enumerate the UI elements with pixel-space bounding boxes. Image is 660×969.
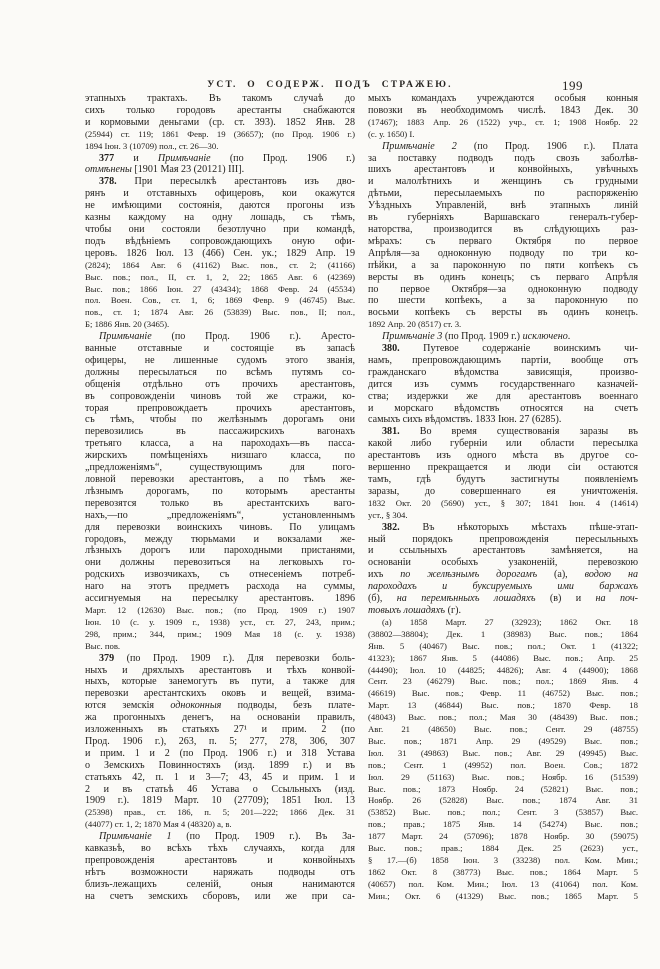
paragraph: Примѣчаніе (по Прод. 1906 г.). Аресто-ва… [85, 331, 355, 652]
book-page: УСТ. О СОДЕРЖ. ПОДЪ СТРАЖЕЮ. 199 этапных… [0, 0, 660, 969]
text-line: и кормовыми деньгами (ср. ст. 393). 1852… [85, 117, 355, 129]
text-line: 378. При пересылкѣ арестантовъ изъ дво- [85, 176, 355, 188]
paragraph: Примѣчаніе 3 (по Прод. 1909 г.) исключен… [368, 331, 638, 343]
text-line: товыхъ лошадяхъ (г). [368, 605, 638, 617]
text-line: лѣзнымъ дорогамъ, по которымъ арестанты [85, 486, 355, 498]
text-line: и ссыльныхъ арестантовъ замѣняется, на [368, 545, 638, 557]
text-line: ются земскія одноконныя подводы, безъ пл… [85, 700, 355, 712]
paragraph: Примѣчаніе 1 (по Прод. 1909 г.). Въ За-к… [85, 831, 355, 902]
text-line: 380. Путевое содержаніе воинскимъ чи- [368, 343, 638, 355]
text-line: подъ вѣдѣніемъ сопровождающихъ оную офи- [85, 236, 355, 248]
text-line: уст., § 304. [368, 510, 638, 522]
text-line: статьяхъ 42, п. 1 и 3—7; 43, 45 и прим. … [85, 772, 355, 784]
text-line: пѣйки, а за пароконную по пяти копѣекъ с… [368, 260, 638, 272]
text-line: Примѣчаніе (по Прод. 1906 г.). Аресто- [85, 331, 355, 343]
text-line: общенія отдѣльно отъ прочихъ арестантовъ… [85, 379, 355, 391]
paragraph: 377 и Примѣчаніе (по Прод. 1906 г.)отмѣн… [85, 153, 355, 177]
text-line: 379 (по Прод. 1909 г.). Для перевозки бо… [85, 653, 355, 665]
text-line: нахъ,—по „предложеніямъ“, установленнымъ [85, 510, 355, 522]
text-line: (б), на перемѣнныхъ лошадяхъ (в) и на по… [368, 593, 638, 605]
text-line: Сент. 23 (46279) Выс. пов.; пол.; 1869 Я… [368, 676, 638, 688]
text-line: Выс. пов.; 1866 Іюн. 27 (43434); 1868 Фе… [85, 284, 355, 296]
text-line: (25944) ст. 119; 1861 Февр. 19 (36657); … [85, 129, 355, 141]
text-line: чтобы они состояли безотлучно при команд… [85, 224, 355, 236]
text-block: этапныхъ трактахъ. Въ такомъ случаѣ доси… [85, 93, 638, 903]
text-line: пол. Воен. Сов., ст. 1, 6; 1869 Февр. 9 … [85, 295, 355, 307]
running-head-title: УСТ. О СОДЕРЖ. ПОДЪ СТРАЖЕЮ. [85, 80, 575, 90]
text-line: заразы, до совершеннаго ея уничтоженія. [368, 486, 638, 498]
paragraph: 380. Путевое содержаніе воинскимъ чи-нам… [368, 343, 638, 426]
text-line: ный порядокъ препровожденія пересыльныхъ [368, 534, 638, 546]
text-line: Янв. 5 (40467) Выс. пов.; пол.; Окт. 1 (… [368, 641, 638, 653]
text-line: на счетъ земскихъ сборовъ, или же при са… [85, 891, 355, 903]
text-line: версты въ одинъ конецъ; съ перваго Апрѣл… [368, 272, 638, 284]
text-line: Авг. 21 (48650) Выс. пов.; Сент. 29 (487… [368, 724, 638, 736]
text-line: (17467); 1883 Апр. 26 (1522) учр., ст. 1… [368, 117, 638, 129]
text-line: гражданскаго вѣдомства зависящія, произв… [368, 367, 638, 379]
text-line: Март. 13 (46844) Выс. пов.; 1870 Февр. 1… [368, 700, 638, 712]
text-line: для перевозки воинскихъ чиновъ. По улица… [85, 522, 355, 534]
text-line: препровожденія арестантовъ и конвойныхъ [85, 855, 355, 867]
text-line: 1862 Окт. 8 (38773) Выс. пов.; 1864 Март… [368, 867, 638, 879]
text-line: (53852) Выс. пов.; пол.; Сент. 3 (53857)… [368, 807, 638, 819]
text-line: Выс. пов.; прав.; 1884 Дек. 25 (2623) ус… [368, 843, 638, 855]
text-line: этапныхъ трактахъ. Въ такомъ случаѣ до [85, 93, 355, 105]
text-line: пов.; прав.; 1875 Янв. 14 (54274) Выс. п… [368, 819, 638, 831]
text-line: о Земскихъ Повинностяхъ (изд. 1899 г.) и… [85, 760, 355, 772]
text-line: съ тѣмъ, чтобы по желѣзнымъ дорогамъ они [85, 414, 355, 426]
text-line: Апрѣля—за одноконную подводу по три ко- [368, 248, 638, 260]
text-line: и малолѣтнихъ и женщинъ съ грудными [368, 176, 638, 188]
text-line: перевозятся только въ арестантскихъ ваго… [85, 498, 355, 510]
text-line: (48043) Выс. пов.; пол.; Мая 30 (48439) … [368, 712, 638, 724]
text-line: офицеры, не лишенные судомъ этого званія… [85, 355, 355, 367]
text-line: „предложеніямъ“, существующимъ для пого- [85, 462, 355, 474]
text-line: перевозились въ пассажирскихъ вагонахъ [85, 426, 355, 438]
text-line: дится изъ суммъ государственнаго казначе… [368, 379, 638, 391]
text-line: 1832 Окт. 20 (5690) уст., § 307; 1841 Ію… [368, 498, 638, 510]
text-line: ловной перевозки арестантовъ, а по тѣмъ … [85, 474, 355, 486]
text-line: нѣтъ возможности наряжать подводы отъ [85, 867, 355, 879]
paragraph: (а) 1858 Март. 27 (32923); 1862 Окт. 18(… [368, 617, 638, 903]
text-line: Мин.; Окт. 6 (41329) Выс. пов.; 1865 Мар… [368, 891, 638, 903]
text-line: намъ, препровождающимъ партіи, вообще от… [368, 355, 638, 367]
text-line: 1909 г.). 1819 Март. 10 (27709); 1851 Ію… [85, 795, 355, 807]
text-line: 377 и Примѣчаніе (по Прод. 1906 г.) [85, 153, 355, 165]
text-line: жа прогонныхъ денегъ, на основаніи прави… [85, 712, 355, 724]
text-line: (40657) пол. Ком. Мин.; Іюл. 13 (41064) … [368, 879, 638, 891]
text-line: Прод. 1906 г.), 263, п. 5; 277, 278, 306… [85, 736, 355, 748]
paragraph: этапныхъ трактахъ. Въ такомъ случаѣ доси… [85, 93, 355, 153]
text-line: повозки въ необходимомъ числѣ. 1843 Дек.… [368, 105, 638, 117]
text-line: Примѣчаніе 2 (по Прод. 1906 г.). Плата [368, 141, 638, 153]
text-line: 381. Во время существованія заразы въ [368, 426, 638, 438]
text-line: (с. у. 1650) I. [368, 129, 638, 141]
text-line: Выс. пов. [85, 641, 355, 653]
text-line: должны пересылаться по всѣмъ путямъ со- [85, 367, 355, 379]
text-line: Іюн. 10 (с. у. 1909 г., 1938) уст., ст. … [85, 617, 355, 629]
page-number: 199 [562, 78, 583, 94]
text-line: городовъ, между тюрьмами и вокзалами же- [85, 534, 355, 546]
text-line: ванные отставные и состоящіе въ запасѣ [85, 343, 355, 355]
paragraph: 378. При пересылкѣ арестантовъ изъ дво-р… [85, 176, 355, 331]
text-line: наторства, производится въ слѣдующихъ ра… [368, 224, 638, 236]
text-line: дѣтьми, пересылаемыхъ по распоряженію [368, 188, 638, 200]
text-line: и прим. 1 и 2 (по Прод. 1906 г.) и 318 У… [85, 748, 355, 760]
text-line: рянъ и отставныхъ офицеровъ, кои окажутс… [85, 188, 355, 200]
text-line: Примѣчаніе 3 (по Прод. 1909 г.) исключен… [368, 331, 638, 343]
text-line: казны каждому на одну лошадь, съ тѣмъ, [85, 212, 355, 224]
text-line: мѣрахъ: съ перваго Октября по первое [368, 236, 638, 248]
text-line: (а) 1858 Март. 27 (32923); 1862 Окт. 18 [368, 617, 638, 629]
text-line: изложенныхъ въ статьяхъ 27¹ и прим. 2 (п… [85, 724, 355, 736]
text-line: третьяго класса, а на пароходахъ—въ пасс… [85, 438, 355, 450]
text-line: (46619) Выс. пов.; Февр. 11 (46752) Выс.… [368, 688, 638, 700]
text-line: по первое Октября—за одноконную подводу [368, 284, 638, 296]
text-line: родскихъ извозчикахъ, съ отнесеніемъ пот… [85, 569, 355, 581]
text-line: основаніи особыхъ узаконеній, перевозкою [368, 557, 638, 569]
text-line: ныхъ и дряхлыхъ арестантовъ и тѣхъ конво… [85, 665, 355, 677]
text-line: перевозки арестантскихъ оковъ и вещей, в… [85, 688, 355, 700]
text-line: 41323); 1867 Янв. 5 (44086) Выс. пов.; А… [368, 653, 638, 665]
text-line: кавказьѣ, во всѣхъ тѣхъ случаяхъ, когда … [85, 843, 355, 855]
text-line: Іюл. 31 (49863) Выс. пов.; Авг. 29 (4994… [368, 748, 638, 760]
text-line: Уѣздныхъ Управленій, внѣ этапныхъ линій [368, 200, 638, 212]
text-line: наго на этотъ предметъ расхода на суммы, [85, 581, 355, 593]
text-line: Примѣчаніе 1 (по Прод. 1909 г.). Въ За- [85, 831, 355, 843]
text-line: (44077) ст. 1, 2; 1870 Мая 4 (48320) а, … [85, 819, 355, 831]
text-line: (2824); 1864 Авг. 6 (41162) Выс. пов., с… [85, 260, 355, 272]
text-line: не имѣющими состоянія, даются прогоны из… [85, 200, 355, 212]
text-line: шихъ арестантовъ и конвойныхъ, увѣчныхъ [368, 164, 638, 176]
text-line: самыхъ сихъ вѣдомствъ. 1833 Іюн. 27 (628… [368, 414, 638, 426]
text-line: въ сопровожденіи чиновъ той же стражи, к… [85, 391, 355, 403]
text-line: пов., ст. 1; 1874 Авг. 26 (53839) Выс. п… [85, 307, 355, 319]
text-line: ства; издержки же для арестантовъ военна… [368, 391, 638, 403]
paragraph: 381. Во время существованія заразы въкак… [368, 426, 638, 521]
text-line: Б; 1886 Янв. 20 (3465). [85, 319, 355, 331]
text-line: ассигнуемыя на пересылку арестантовъ. 18… [85, 593, 355, 605]
column-left: этапныхъ трактахъ. Въ такомъ случаѣ доси… [85, 93, 355, 903]
text-line: по шести копѣекъ, а за пароконную по [368, 295, 638, 307]
text-line: и морскаго вѣдомствъ относятся на счетъ [368, 403, 638, 415]
text-line: Ноябр. 26 (52828) Выс. пов.; 1874 Авг. 3… [368, 795, 638, 807]
text-line: Март. 12 (12630) Выс. пов.; (по Прод. 19… [85, 605, 355, 617]
text-line: жирскихъ помѣщеніяхъ низшаго класса, по [85, 450, 355, 462]
text-line: (38802—38804); Дек. 1 (38983) Выс. пов.;… [368, 629, 638, 641]
paragraph: 379 (по Прод. 1909 г.). Для перевозки бо… [85, 653, 355, 832]
text-line: церовъ. 1826 Іюл. 13 (466) Сен. ук.; 182… [85, 248, 355, 260]
text-line: 2 и въ статьѣ 46 Устава о Ссыльныхъ (изд… [85, 784, 355, 796]
text-line: какой либо губерніи или области пересылк… [368, 438, 638, 450]
paragraph: Примѣчаніе 2 (по Прод. 1906 г.). Платаза… [368, 141, 638, 332]
text-line: арестантовъ изъ одного мѣста въ другое с… [368, 450, 638, 462]
text-line: за поставку подводъ подъ свозъ заболѣв- [368, 153, 638, 165]
text-line: торая препровождаетъ прочихъ арестантовъ… [85, 403, 355, 415]
text-line: 1877 Март. 24 (57096); 1878 Ноябр. 30 (5… [368, 831, 638, 843]
paragraph: мыхъ командахъ учреждаются особыя конныя… [368, 93, 638, 141]
text-line: 382. Въ нѣкоторыхъ мѣстахъ пѣше-этап- [368, 522, 638, 534]
text-line: (44490); Іюл. 10 (44825; 44826); Авг. 4 … [368, 665, 638, 677]
text-line: мыхъ командахъ учреждаются особыя конныя [368, 93, 638, 105]
text-line: Выс. пов.; 1873 Ноябр. 24 (52821) Выс. п… [368, 784, 638, 796]
text-line: восьми копѣекъ съ версты въ одинъ конецъ… [368, 307, 638, 319]
text-line: они должны перевозиться на легковыхъ го- [85, 557, 355, 569]
text-line: ныхъ, которые занемогутъ въ пути, а такж… [85, 676, 355, 688]
text-line: § 17.—(б) 1858 Іюн. 3 (33238) пол. Ком. … [368, 855, 638, 867]
text-line: лѣзныхъ дорогъ или пароходными пристаням… [85, 545, 355, 557]
text-line: 1894 Іюн. 3 (10709) пол., ст. 26—30. [85, 141, 355, 153]
text-line: Іюл. 29 (51163) Выс. пов.; Ноябр. 16 (51… [368, 772, 638, 784]
text-line: Выс. пов.; 1871 Апр. 29 (49529) Выс. пов… [368, 736, 638, 748]
text-line: вершенно прекращается и люди сіи остаютс… [368, 462, 638, 474]
text-line: отмѣнены [1901 Мая 23 (20121) III]. [85, 164, 355, 176]
text-line: тамъ, гдѣ будутъ застигнуты появленіемъ [368, 474, 638, 486]
text-line: ихъ по желѣзнымъ дорогамъ (а), водою на [368, 569, 638, 581]
text-line: сихъ только городовъ арестанты снабжаютс… [85, 105, 355, 117]
text-line: близъ-лежащихъ селеній, оныя нанимаются [85, 879, 355, 891]
text-line: Выс. пов.; пол., II, ст. 1, 2, 22; 1865 … [85, 272, 355, 284]
column-right: мыхъ командахъ учреждаются особыя конныя… [368, 93, 638, 903]
text-line: пов.; Сент. 1 (49952) пол. Воен. Сов.; 1… [368, 760, 638, 772]
text-line: 298, прим.; 344, прим.; 1909 Мая 18 (с. … [85, 629, 355, 641]
text-line: (25398) прав., ст. 186, п. 5; 201—222; 1… [85, 807, 355, 819]
paragraph: 382. Въ нѣкоторыхъ мѣстахъ пѣше-этап-ный… [368, 522, 638, 617]
text-line: пароходахъ и буксируемыхъ ими баржахъ [368, 581, 638, 593]
text-line: 1892 Апр. 20 (8517) ст. 3. [368, 319, 638, 331]
text-line: въ губерніяхъ Варшавскаго генералъ-губер… [368, 212, 638, 224]
